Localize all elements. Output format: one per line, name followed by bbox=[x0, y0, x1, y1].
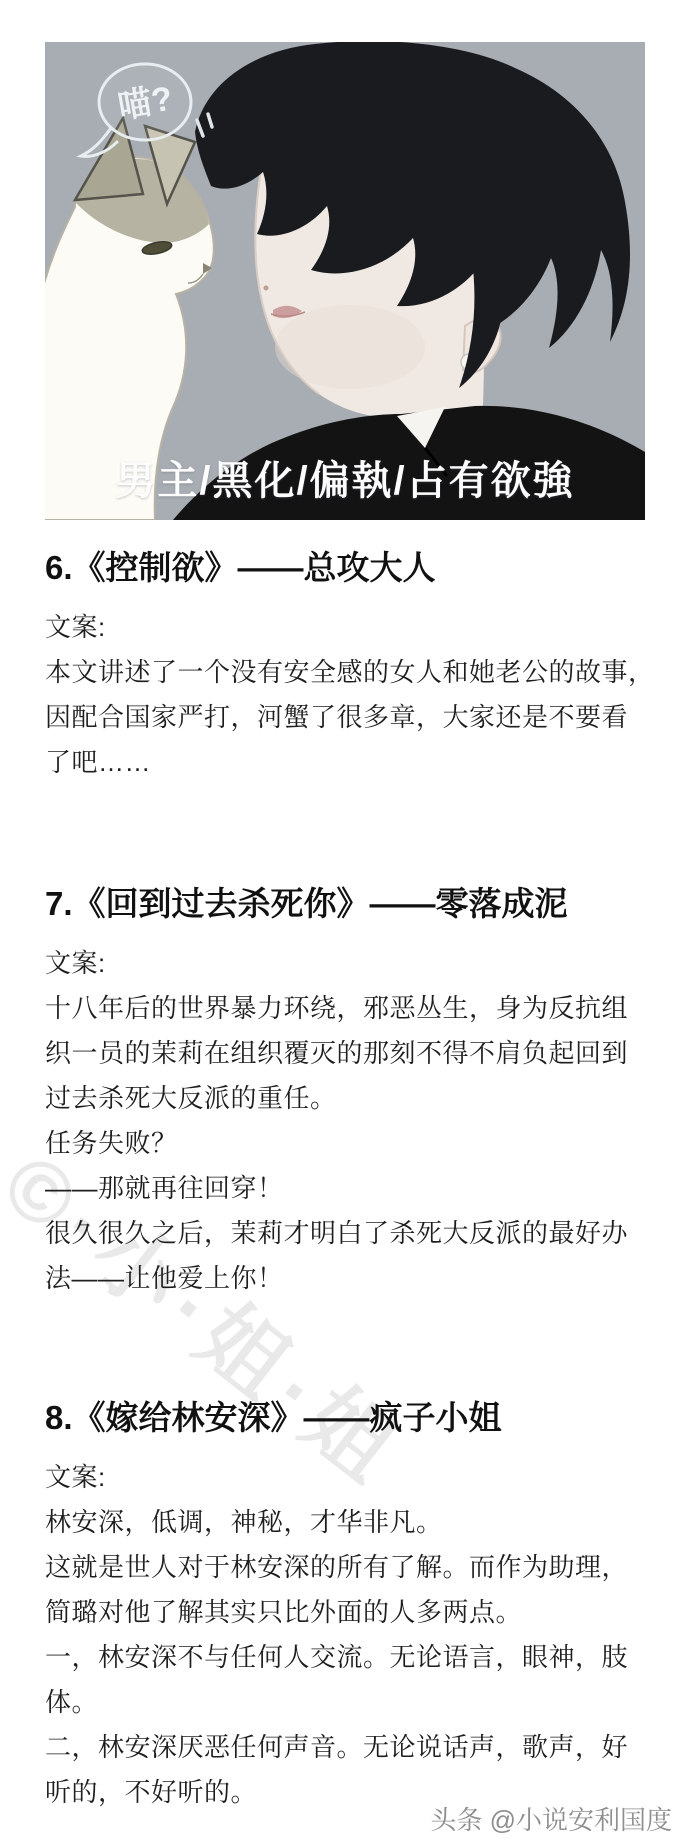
body-line: 了吧…… bbox=[45, 740, 645, 785]
book-section-8: 8.《嫁给林安深》——疯子小姐 文案: 林安深，低调，神秘，才华非凡。 这就是世… bbox=[45, 1398, 645, 1815]
post-page: { "hero": { "bg_color": "#a7adb3", "spee… bbox=[0, 0, 690, 1844]
book-title: 7.《回到过去杀死你》——零落成泥 bbox=[45, 884, 645, 924]
copy-label: 文案: bbox=[45, 941, 645, 986]
body-line: 二，林安深厌恶任何声音。无论说话声，歌声，好 bbox=[45, 1725, 645, 1770]
body-line: 简璐对他了解其实只比外面的人多两点。 bbox=[45, 1590, 645, 1635]
body-line: 织一员的茉莉在组织覆灭的那刻不得不肩负起回到 bbox=[45, 1031, 645, 1076]
body-line: ——那就再往回穿！ bbox=[45, 1166, 645, 1211]
body-line: 任务失败？ bbox=[45, 1121, 645, 1166]
hero-caption: 男主/黑化/偏執/占有欲強 bbox=[45, 449, 645, 506]
hero-image: 喵? 男主/黑化/偏執/占有欲強 bbox=[45, 42, 645, 520]
body-line: 林安深，低调，神秘，才华非凡。 bbox=[45, 1500, 645, 1545]
book-title: 6.《控制欲》——总攻大人 bbox=[45, 548, 645, 588]
book-title: 8.《嫁给林安深》——疯子小姐 bbox=[45, 1398, 645, 1438]
copy-label: 文案: bbox=[45, 1455, 645, 1500]
body-line: 本文讲述了一个没有安全感的女人和她老公的故事， bbox=[45, 650, 645, 695]
body-line: 体。 bbox=[45, 1680, 645, 1725]
body-line: 很久很久之后，茉莉才明白了杀死大反派的最好办 bbox=[45, 1211, 645, 1256]
body-line: 因配合国家严打，河蟹了很多章，大家还是不要看 bbox=[45, 695, 645, 740]
body-line: 一，林安深不与任何人交流。无论语言，眼神，肢 bbox=[45, 1635, 645, 1680]
body-line: 法——让他爱上你！ bbox=[45, 1256, 645, 1301]
book-section-7: 7.《回到过去杀死你》——零落成泥 文案: 十八年后的世界暴力环绕，邪恶丛生，身… bbox=[45, 884, 645, 1301]
body-line: 这就是世人对于林安深的所有了解。而作为助理， bbox=[45, 1545, 645, 1590]
byline-watermark: 头条 @小说安利国度 bbox=[430, 1800, 672, 1837]
body-line: 十八年后的世界暴力环绕，邪恶丛生，身为反抗组 bbox=[45, 986, 645, 1031]
book-section-6: 6.《控制欲》——总攻大人 文案: 本文讲述了一个没有安全感的女人和她老公的故事… bbox=[45, 548, 645, 785]
copy-label: 文案: bbox=[45, 605, 645, 650]
body-line: 过去杀死大反派的重任。 bbox=[45, 1076, 645, 1121]
